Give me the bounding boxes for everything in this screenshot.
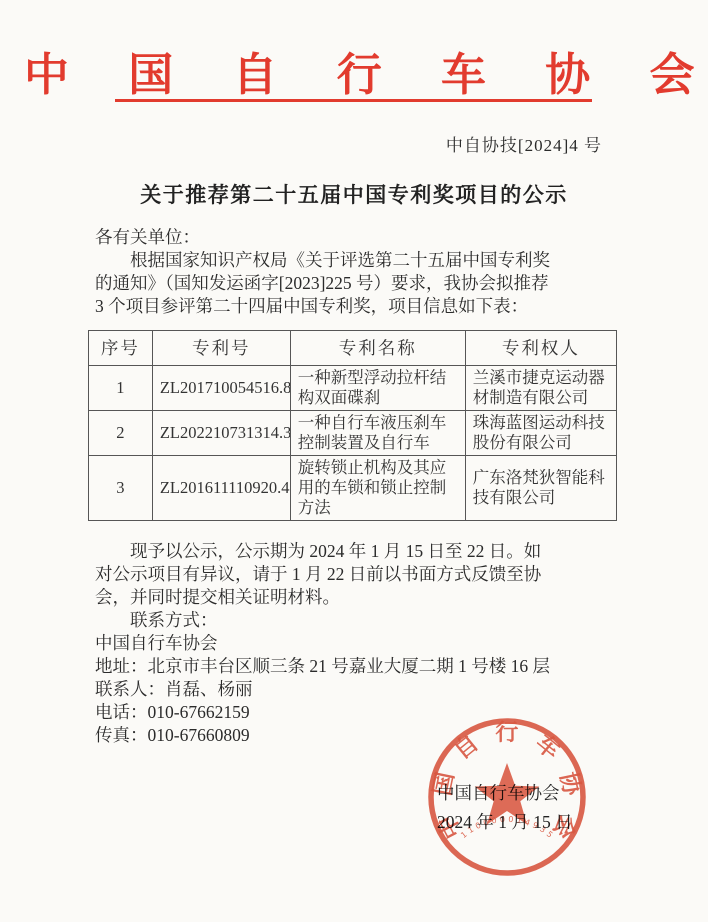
cell-patent-no: ZL202210731314.3 — [152, 411, 290, 456]
cell-patent-name: 一种自行车液压刹车控制装置及自行车 — [290, 411, 465, 456]
salutation: 各有关单位： — [95, 226, 619, 249]
cell-index: 3 — [89, 456, 153, 521]
table-header-patent-no: 专利号 — [152, 331, 290, 366]
table-header-row: 序号 专利号 专利名称 专利权人 — [89, 331, 617, 366]
table-row: 3 ZL201611110920.4 旋转锁止机构及其应用的车锁和锁止控制方法 … — [89, 456, 617, 521]
cell-patent-no: ZL201710054516.8 — [152, 366, 290, 411]
contact-label: 联系方式： — [95, 609, 619, 632]
letterhead-org-title: 中 国 自 行 车 协 会 — [0, 38, 708, 103]
seal-code-text: 110000014935 — [459, 815, 557, 842]
cell-patent-name: 旋转锁止机构及其应用的车锁和锁止控制方法 — [290, 456, 465, 521]
seal-code-textpath: 110000014935 — [459, 815, 557, 842]
table-row: 1 ZL201710054516.8 一种新型浮动拉杆结构双面碟刹 兰溪市捷克运… — [89, 366, 617, 411]
closing-paragraph: 现予以公示，公示期为 2024 年 1 月 15 日至 22 日。如 对公示项目… — [95, 540, 619, 609]
patent-table: 序号 专利号 专利名称 专利权人 1 ZL201710054516.8 一种新型… — [88, 330, 617, 521]
notice-title: 关于推荐第二十五届中国专利奖项目的公示 — [0, 179, 708, 209]
document-number: 中自协技[2024]4 号 — [446, 131, 602, 156]
contact-org: 中国自行车协会 — [95, 632, 619, 655]
cell-index: 2 — [89, 411, 153, 456]
scanned-document-page: 中 国 自 行 车 协 会 中自协技[2024]4 号 关于推荐第二十五届中国专… — [0, 0, 708, 922]
cell-patent-owner: 珠海蓝图运动科技股份有限公司 — [465, 411, 616, 456]
table-row: 2 ZL202210731314.3 一种自行车液压刹车控制装置及自行车 珠海蓝… — [89, 411, 617, 456]
document-body: 各有关单位： 根据国家知识产权局《关于评选第二十五届中国专利奖 的通知》（国知发… — [95, 226, 619, 747]
letterhead-divider-line — [115, 99, 592, 102]
official-seal: 中国自行车协会 110000014935 — [420, 710, 594, 884]
table-header-index: 序号 — [89, 331, 153, 366]
cell-patent-name: 一种新型浮动拉杆结构双面碟刹 — [290, 366, 465, 411]
cell-patent-owner: 兰溪市捷克运动器材制造有限公司 — [465, 366, 616, 411]
intro-paragraph: 根据国家知识产权局《关于评选第二十五届中国专利奖 的通知》（国知发运函字[202… — [95, 249, 619, 318]
cell-patent-owner: 广东洛梵狄智能科技有限公司 — [465, 456, 616, 521]
cell-index: 1 — [89, 366, 153, 411]
cell-patent-no: ZL201611110920.4 — [152, 456, 290, 521]
table-header-patent-owner: 专利权人 — [465, 331, 616, 366]
contact-persons: 联系人：肖磊、杨丽 — [95, 678, 619, 701]
table-header-patent-name: 专利名称 — [290, 331, 465, 366]
contact-address: 地址：北京市丰台区顺三条 21 号嘉业大厦二期 1 号楼 16 层 — [95, 655, 619, 678]
